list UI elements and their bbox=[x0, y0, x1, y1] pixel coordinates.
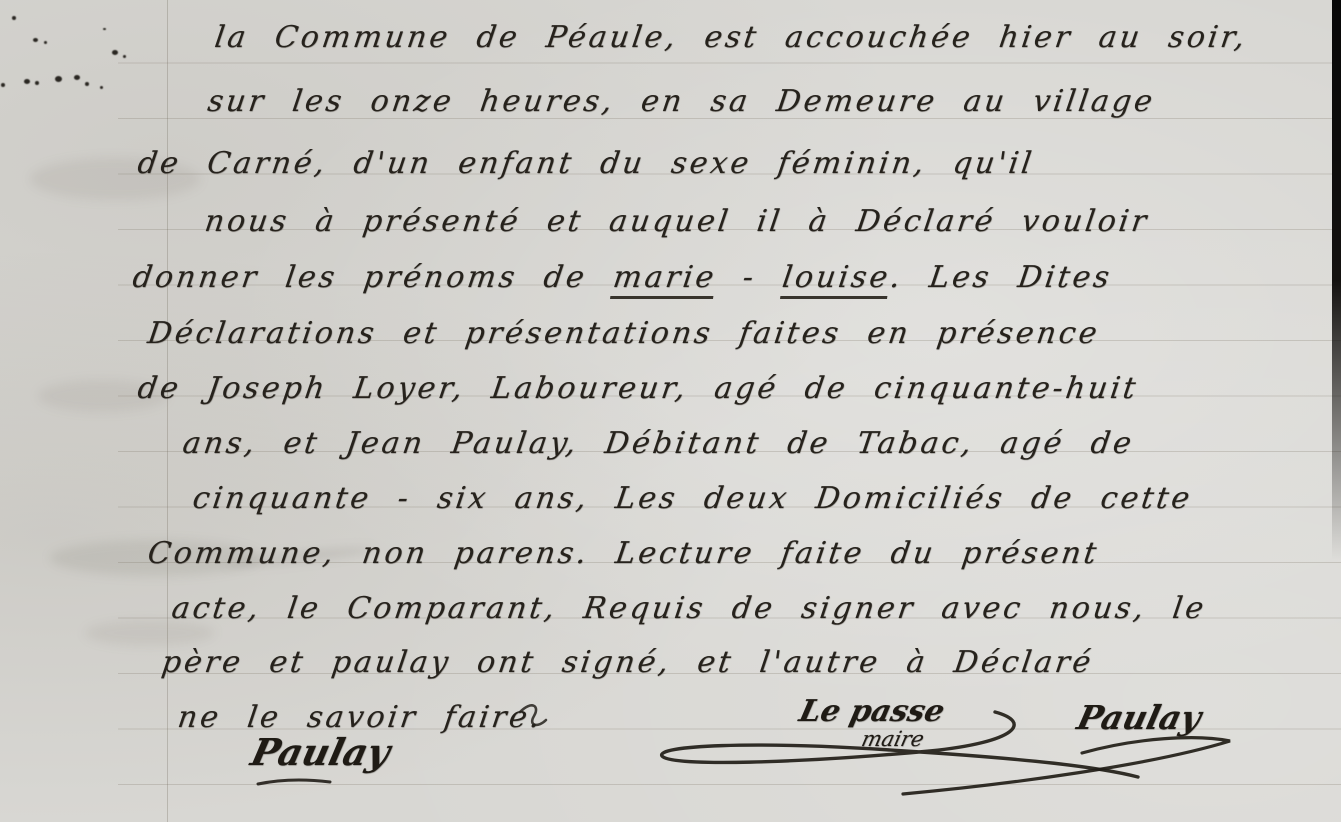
signature-mayor-title: maire bbox=[859, 727, 926, 751]
signature-mayor-name: Le passe bbox=[796, 694, 948, 729]
child-first-name: marie bbox=[610, 260, 719, 299]
page-edge-shadow bbox=[1332, 0, 1341, 560]
name-line-before: donner les prénoms de bbox=[131, 260, 616, 295]
margin-rule bbox=[167, 0, 168, 822]
scanned-register-page: la Commune de Péaule, est accouchée hier… bbox=[0, 0, 1341, 822]
name-separator: - bbox=[714, 260, 785, 295]
manuscript-line-6: Déclarations et présentations faites en … bbox=[146, 316, 1102, 351]
manuscript-line-11: acte, le Comparant, Requis de signer ave… bbox=[170, 591, 1209, 626]
manuscript-line-7: de Joseph Loyer, Laboureur, agé de cinqu… bbox=[136, 371, 1141, 406]
signature-paulay-left: Paulay bbox=[247, 730, 394, 774]
manuscript-line-9: cinquante - six ans, Les deux Domiciliés… bbox=[191, 481, 1195, 516]
manuscript-line-2: sur les onze heures, en sa Demeure au vi… bbox=[206, 84, 1158, 119]
child-second-name: louise bbox=[780, 260, 893, 299]
name-line-after: . Les Dites bbox=[888, 260, 1114, 295]
manuscript-line-10: Commune, non parens. Lecture faite du pr… bbox=[146, 536, 1102, 571]
manuscript-line-5-child-name: donner les prénoms de marie - louise. Le… bbox=[131, 260, 1115, 295]
manuscript-line-1: la Commune de Péaule, est accouchée hier… bbox=[213, 20, 1250, 55]
manuscript-line-12: père et paulay ont signé, et l'autre à D… bbox=[160, 645, 1096, 680]
manuscript-line-3: de Carné, d'un enfant du sexe féminin, q… bbox=[136, 146, 1037, 181]
manuscript-line-8: ans, et Jean Paulay, Débitant de Tabac, … bbox=[181, 426, 1137, 461]
manuscript-line-4: nous à présenté et auquel il à Déclaré v… bbox=[203, 204, 1152, 239]
signature-paulay-right: Paulay bbox=[1073, 698, 1204, 737]
